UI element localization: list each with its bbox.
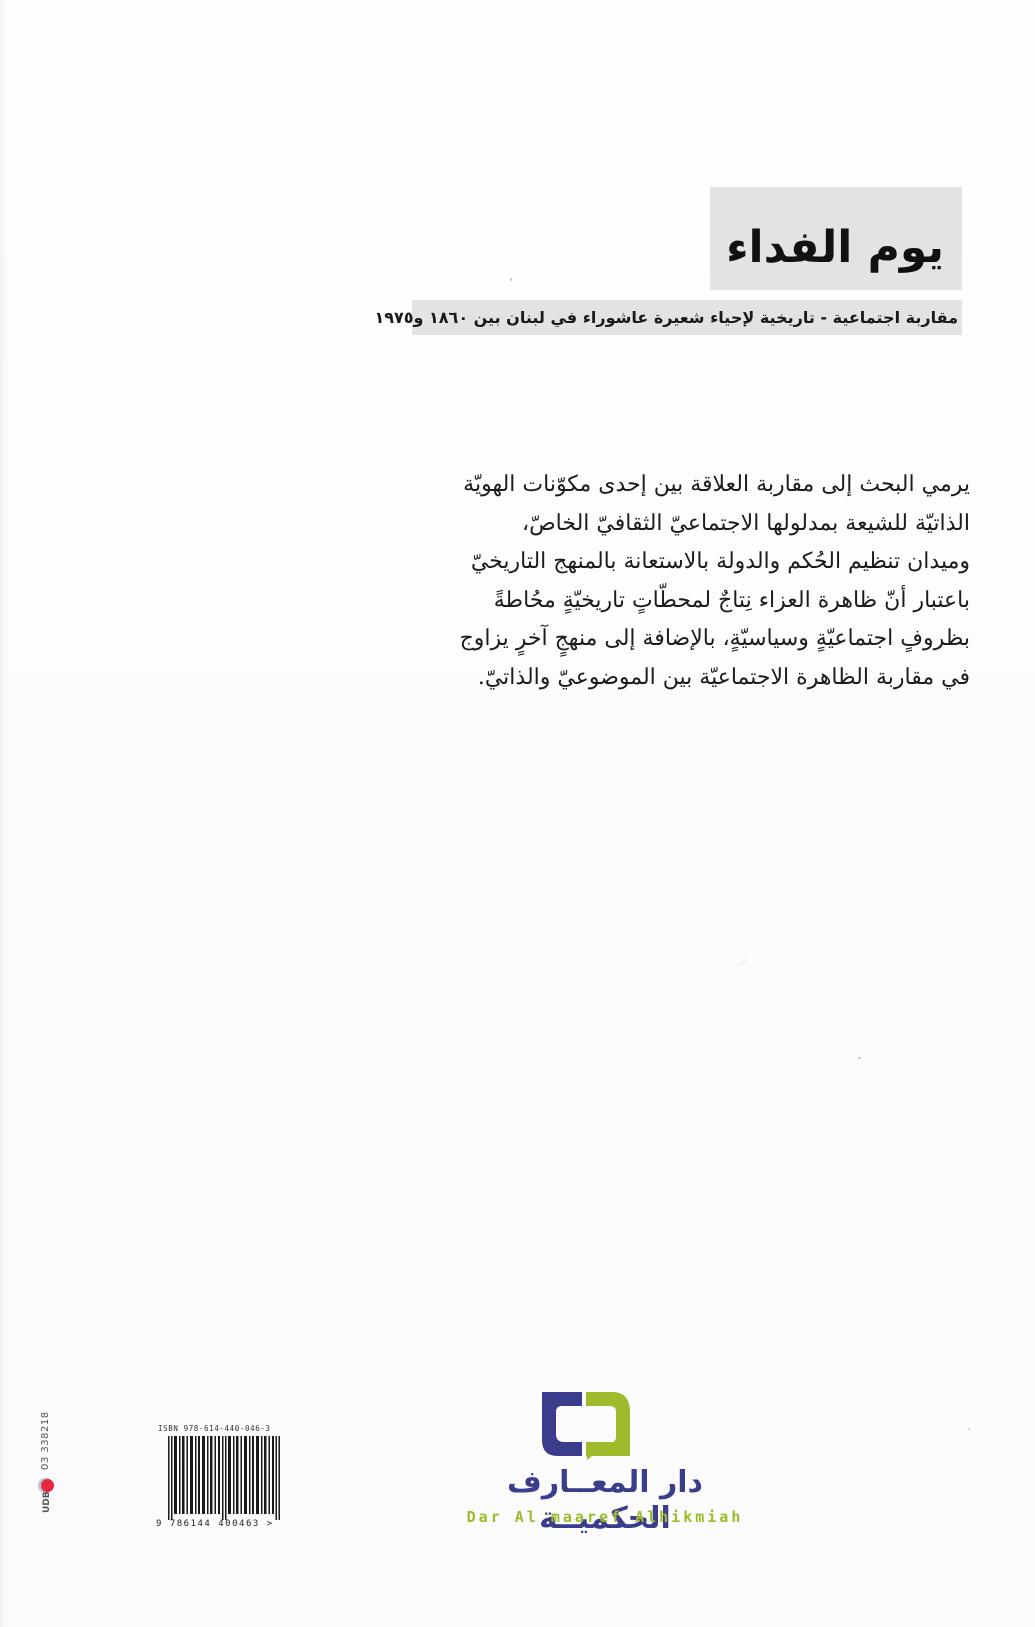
barcode-digits: 9 786144 400463 >	[156, 1519, 288, 1529]
isbn-label: ISBN 978-614-440-046-3	[158, 1424, 288, 1433]
barcode-icon	[168, 1436, 280, 1520]
publisher-block: دار المعــارف الحكميــة Dar Al maaref Al…	[440, 1385, 770, 1545]
scan-speck	[858, 1057, 861, 1059]
book-title: يوم الفداء	[726, 226, 944, 270]
publisher-name-english: Dar Al maaref Alhikmiah	[440, 1507, 770, 1527]
scan-speck	[968, 1428, 970, 1430]
spine-edge	[0, 0, 6, 1627]
blurb-line: في مقاربة الظاهرة الاجتماعيّة بين الموضو…	[480, 659, 970, 698]
book-back-cover: يوم الفداء مقاربة اجتماعية - تاريخية لإح…	[0, 0, 1035, 1627]
blurb-line: وميدان تنظيم الحُكم والدولة بالاستعانة ب…	[480, 543, 970, 582]
printer-phone: 03 338218	[40, 1385, 58, 1470]
scan-speck	[737, 958, 748, 968]
publisher-logo-icon	[540, 1390, 632, 1460]
blurb-line: يرمي البحث إلى مقاربة العلاقة بين إحدى م…	[480, 466, 970, 505]
isbn-barcode: ISBN 978-614-440-046-3	[156, 1424, 288, 1534]
printer-mark: 03 338218 UDB	[34, 1385, 64, 1515]
title-box: يوم الفداء	[710, 187, 962, 290]
subtitle-band: مقاربة اجتماعية - تاريخية لإحياء شعيرة ع…	[412, 300, 962, 335]
blurb-line: بظروفٍ اجتماعيّةٍ وسياسيّةٍ، بالإضافة إل…	[480, 620, 970, 659]
blurb-line: الذاتيّة للشيعة بمدلولها الاجتماعيّ الثق…	[480, 505, 970, 544]
printer-logo-text: UDB	[42, 1495, 54, 1513]
book-subtitle: مقاربة اجتماعية - تاريخية لإحياء شعيرة ع…	[374, 308, 958, 327]
blurb-paragraph: يرمي البحث إلى مقاربة العلاقة بين إحدى م…	[480, 466, 970, 697]
scan-speck	[510, 278, 512, 281]
blurb-line: باعتبار أنّ ظاهرة العزاء نِتاجٌ لمحطّاتٍ…	[480, 582, 970, 621]
